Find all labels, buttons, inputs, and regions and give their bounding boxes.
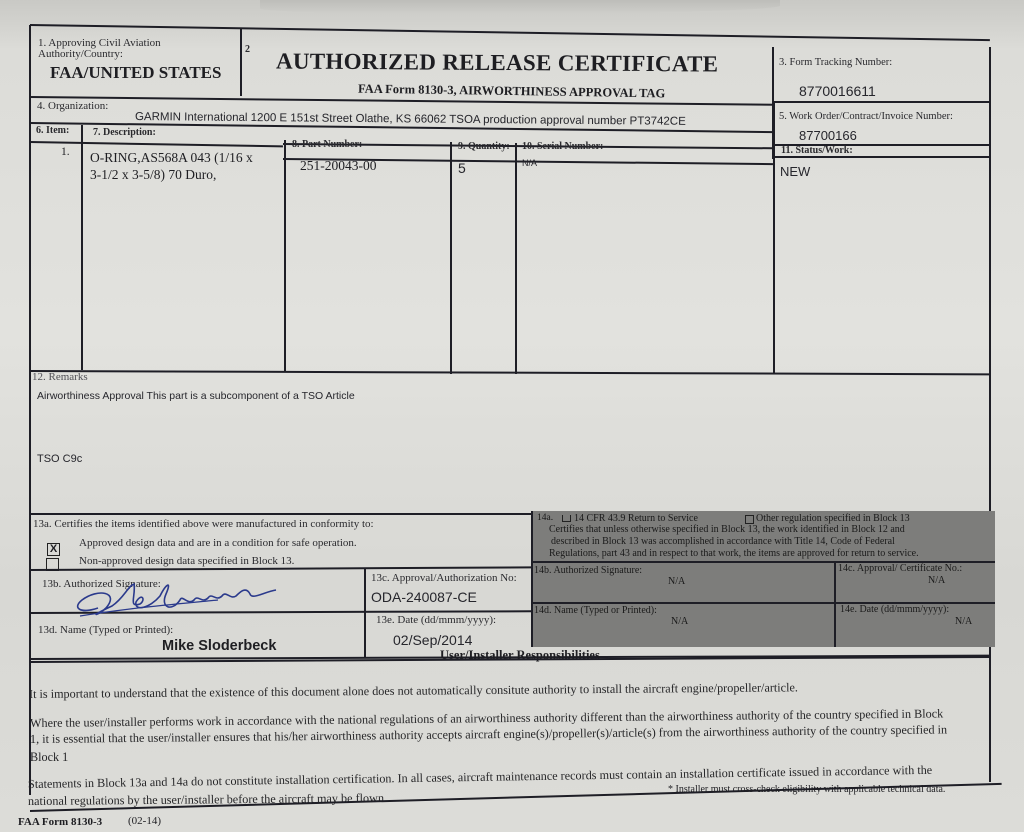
block14a-prefix: 14a. [537, 513, 553, 523]
block13d-label: 13d. Name (Typed or Printed): [38, 624, 173, 636]
block13c-label: 13c. Approval/Authorization No: [371, 572, 517, 584]
form-tracking-number: 8770016611 [799, 83, 876, 99]
remarks-label: 12. Remarks [32, 371, 88, 383]
approving-authority: FAA/UNITED STATES [50, 63, 221, 83]
row1-description-2: 3-1/2 x 3-5/8) 70 Duro, [90, 167, 216, 183]
block14b-label: 14b. Authorized Signature: [534, 565, 642, 576]
option-approved-design-data: Approved design data and are in a condit… [79, 537, 357, 549]
col-header-quantity: 9. Quantity: [458, 141, 510, 152]
block14a-checkbox-other-regulation[interactable] [745, 515, 754, 524]
col-header-item: 6. Item: [36, 125, 69, 136]
col-header-status-work: 11. Status/Work: [781, 145, 853, 156]
responsibilities-p2-3: Block 1 [30, 750, 68, 765]
block14c-label: 14c. Approval/ Certificate No.: [838, 563, 962, 574]
authorized-name: Mike Sloderbeck [162, 638, 276, 654]
approval-authorization-number: ODA-240087-CE [371, 589, 477, 605]
block1-label-2: Authority/Country: [38, 48, 123, 60]
page-subtitle: FAA Form 8130-3, AIRWORTHINESS APPROVAL … [358, 82, 665, 102]
divider [773, 101, 775, 374]
block14e-label: 14e. Date (dd/mmm/yyyy): [840, 604, 949, 615]
block14d-label: 14d. Name (Typed or Printed): [534, 605, 657, 616]
row1-description-1: O-RING,AS568A 043 (1/16 x [90, 150, 253, 166]
footer-form-id: FAA Form 8130-3 [18, 816, 102, 828]
row1-part-number: 251-20043-00 [300, 158, 377, 174]
divider [834, 561, 836, 647]
divider [772, 156, 990, 158]
row1-serial-number: N/A [522, 158, 537, 168]
block14b-value: N/A [668, 576, 685, 587]
block13e-label: 13e. Date (dd/mmm/yyyy): [376, 614, 496, 626]
block2-label: 2 [245, 44, 250, 55]
row1-item: 1. [61, 146, 70, 158]
page-title: AUTHORIZED RELEASE CERTIFICATE [276, 48, 718, 77]
block14d-value: N/A [671, 616, 688, 627]
footer-revision: (02-14) [128, 815, 161, 827]
responsibilities-p1: It is important to understand that the e… [29, 680, 798, 702]
checkbox-approved-design-data[interactable]: X [47, 543, 60, 556]
block14e-value: N/A [955, 616, 972, 627]
divider [81, 125, 83, 370]
responsibilities-heading: User/Installer Responsibilities [440, 648, 600, 663]
col-header-description: 7. Description: [93, 127, 156, 138]
authorized-signature [68, 578, 298, 620]
remarks-line-2: TSO C9c [37, 453, 82, 465]
divider [450, 142, 452, 374]
col-header-part-number: 8. Part Number: [292, 139, 362, 150]
col-header-serial-number: 10. Serial Number: [522, 141, 603, 152]
block14a-text-2: described in Block 13 was accomplished i… [551, 536, 895, 547]
option-non-approved-design-data: Non-approved design data specified in Bl… [79, 555, 294, 567]
certification-date: 02/Sep/2014 [393, 632, 472, 648]
paper-fold-shadow [260, 0, 780, 14]
block14a-text-3: Regulations, part 43 and in respect to t… [549, 548, 919, 559]
block5-label: 5. Work Order/Contract/Invoice Number: [779, 111, 953, 122]
block14a-option-1: 14 CFR 43.9 Return to Service [574, 513, 698, 524]
block3-label: 3. Form Tracking Number: [779, 57, 892, 68]
divider [30, 370, 990, 375]
block14c-value: N/A [928, 575, 945, 586]
divider [284, 140, 286, 372]
block14a-option-2: Other regulation specified in Block 13 [756, 513, 910, 524]
row1-status-work: NEW [780, 164, 810, 179]
block13a-label: 13a. Certifies the items identified abov… [33, 518, 374, 530]
footer-note: * Installer must cross-check eligibility… [668, 784, 945, 795]
divider [772, 101, 990, 103]
block4-label: 4. Organization: [37, 100, 108, 112]
divider [364, 568, 366, 658]
form-border-top [30, 24, 990, 41]
remarks-line-1: Airworthiness Approval This part is a su… [37, 390, 355, 402]
block14a-text-1: Certifies that unless otherwise specifie… [549, 524, 905, 535]
divider [531, 511, 533, 647]
divider [240, 28, 242, 96]
block14a-checkbox-return-to-service[interactable] [562, 515, 571, 522]
work-order-number: 87700166 [799, 128, 857, 143]
row1-quantity: 5 [458, 160, 466, 176]
divider [515, 143, 517, 374]
